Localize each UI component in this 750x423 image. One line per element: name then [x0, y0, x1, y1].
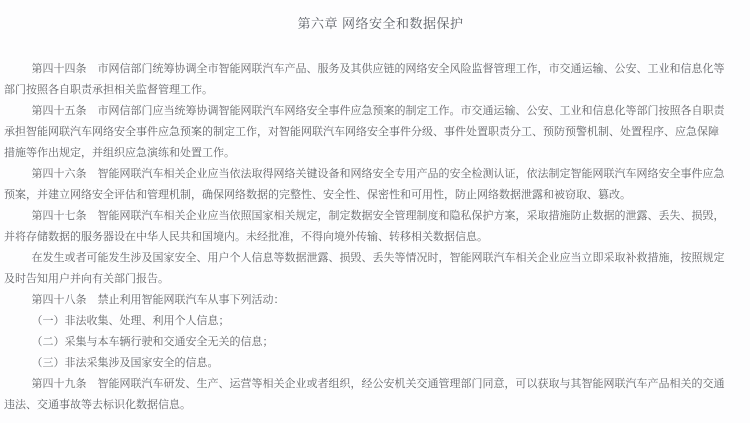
article-48-item-2: （二）采集与本车辆行驶和交通安全无关的信息； — [4, 332, 727, 353]
article-49-paragraph: 第四十九条 智能网联汽车研发、生产、运营等相关企业或者组织，经公安机关交通管理部… — [4, 374, 727, 416]
article-47-supplement-paragraph: 在发生或者可能发生涉及国家安全、用户个人信息等数据泄露、损毁、丢失等情况时，智能… — [4, 248, 727, 290]
article-48-item-1: （一）非法收集、处理、利用个人信息； — [4, 311, 727, 332]
article-46-paragraph: 第四十六条 智能网联汽车相关企业应当依法取得网络关键设备和网络安全专用产品的安全… — [4, 164, 727, 206]
article-45-paragraph: 第四十五条 市网信部门应当统筹协调智能网联汽车网络安全事件应急预案的制定工作。市… — [4, 101, 727, 164]
chapter-title: 第六章 网络安全和数据保护 — [4, 13, 727, 34]
article-47-paragraph: 第四十七条 智能网联汽车相关企业应当依照国家相关规定，制定数据安全管理制度和隐私… — [4, 206, 727, 248]
article-48-item-3: （三）非法采集涉及国家安全的信息。 — [4, 353, 727, 374]
article-44-paragraph: 第四十四条 市网信部门统筹协调全市智能网联汽车产品、服务及其供应链的网络安全风险… — [4, 59, 727, 101]
regulation-document-page: 第六章 网络安全和数据保护 第四十四条 市网信部门统筹协调全市智能网联汽车产品、… — [0, 0, 750, 423]
article-48-paragraph: 第四十八条 禁止利用智能网联汽车从事下列活动： — [4, 290, 727, 311]
